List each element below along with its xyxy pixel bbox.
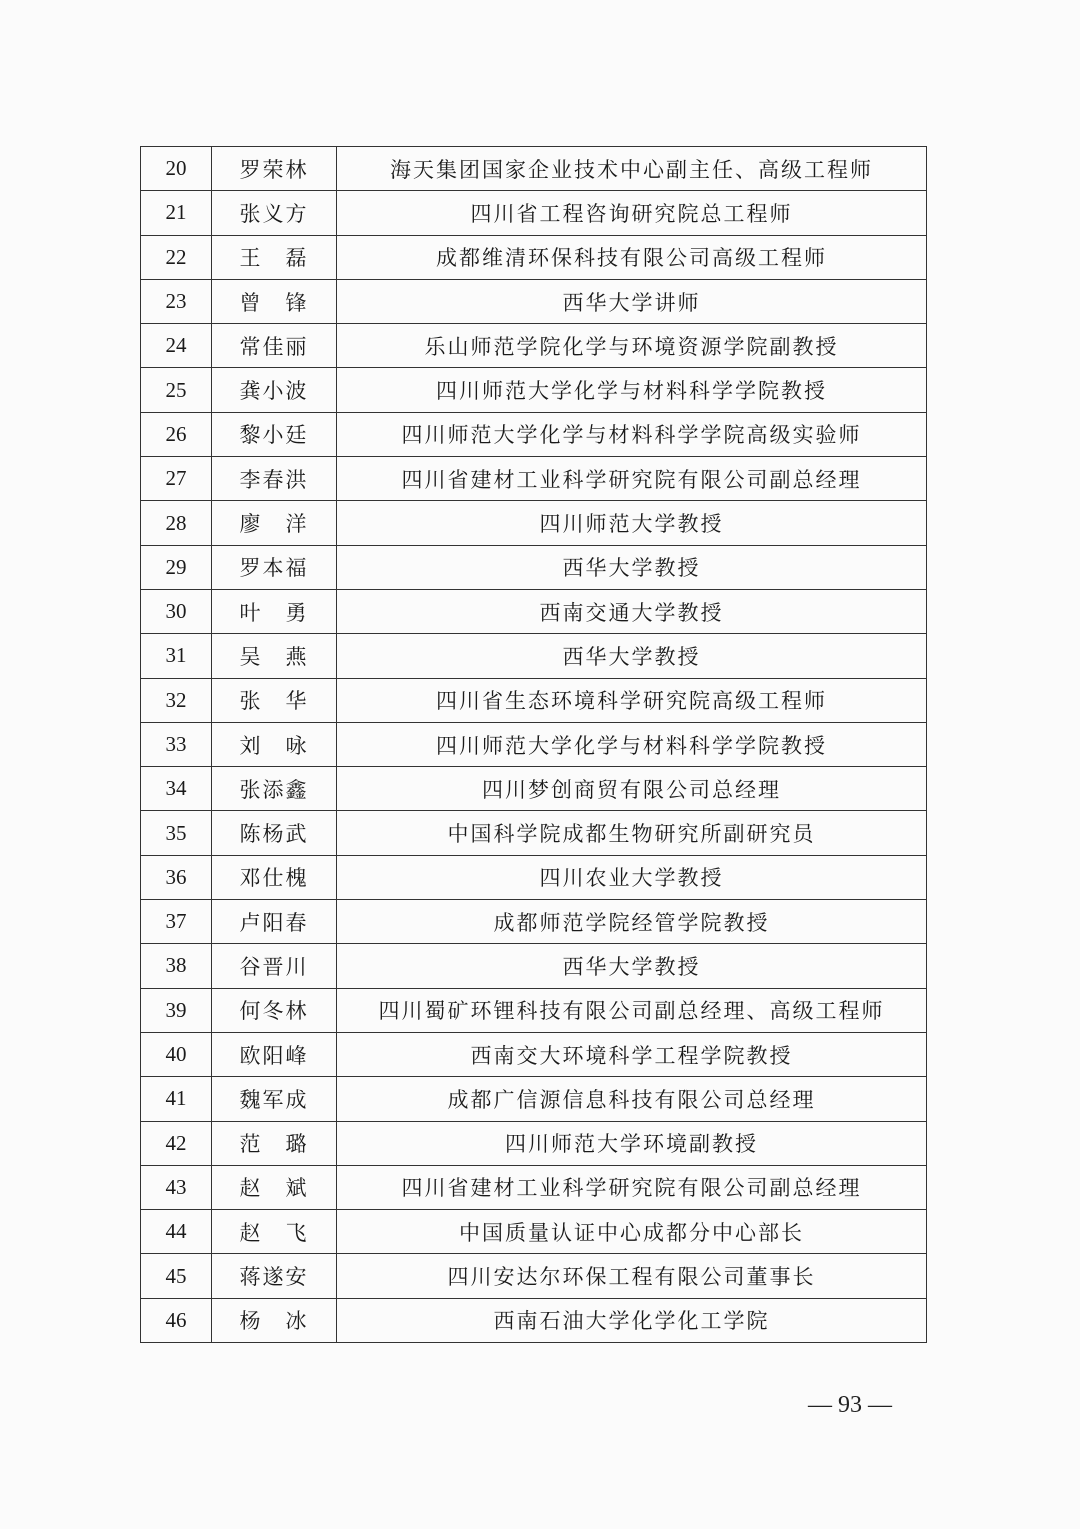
row-number: 31 xyxy=(141,634,212,678)
person-name: 赵 斌 xyxy=(212,1165,337,1209)
person-title: 四川师范大学教授 xyxy=(337,501,927,545)
table-row: 38谷晋川西华大学教授 xyxy=(141,944,927,988)
row-number: 38 xyxy=(141,944,212,988)
table-row: 20罗荣林海天集团国家企业技术中心副主任、高级工程师 xyxy=(141,147,927,191)
table-row: 42范 璐四川师范大学环境副教授 xyxy=(141,1121,927,1165)
row-number: 37 xyxy=(141,900,212,944)
person-title: 成都维清环保科技有限公司高级工程师 xyxy=(337,235,927,279)
row-number: 29 xyxy=(141,545,212,589)
person-title: 中国质量认证中心成都分中心部长 xyxy=(337,1210,927,1254)
person-name: 龚小波 xyxy=(212,368,337,412)
person-name: 何冬林 xyxy=(212,988,337,1032)
table-row: 29罗本福西华大学教授 xyxy=(141,545,927,589)
person-title: 西华大学教授 xyxy=(337,944,927,988)
person-title: 四川师范大学环境副教授 xyxy=(337,1121,927,1165)
person-name: 张 华 xyxy=(212,678,337,722)
person-title: 四川省生态环境科学研究院高级工程师 xyxy=(337,678,927,722)
row-number: 46 xyxy=(141,1298,212,1342)
table-row: 41魏军成成都广信源信息科技有限公司总经理 xyxy=(141,1077,927,1121)
person-name: 张添鑫 xyxy=(212,767,337,811)
table-row: 22王 磊成都维清环保科技有限公司高级工程师 xyxy=(141,235,927,279)
table-row: 45蒋遂安四川安达尔环保工程有限公司董事长 xyxy=(141,1254,927,1298)
person-title: 西南交通大学教授 xyxy=(337,589,927,633)
table-row: 27李春洪四川省建材工业科学研究院有限公司副总经理 xyxy=(141,457,927,501)
row-number: 20 xyxy=(141,147,212,191)
row-number: 36 xyxy=(141,855,212,899)
person-title: 四川师范大学化学与材料科学学院教授 xyxy=(337,722,927,766)
table-row: 31吴 燕西华大学教授 xyxy=(141,634,927,678)
person-name: 谷晋川 xyxy=(212,944,337,988)
row-number: 32 xyxy=(141,678,212,722)
person-name: 叶 勇 xyxy=(212,589,337,633)
person-title: 海天集团国家企业技术中心副主任、高级工程师 xyxy=(337,147,927,191)
person-title: 乐山师范学院化学与环境资源学院副教授 xyxy=(337,324,927,368)
person-title: 西南交大环境科学工程学院教授 xyxy=(337,1032,927,1076)
person-name: 蒋遂安 xyxy=(212,1254,337,1298)
row-number: 24 xyxy=(141,324,212,368)
person-title: 四川师范大学化学与材料科学学院教授 xyxy=(337,368,927,412)
row-number: 41 xyxy=(141,1077,212,1121)
person-title: 成都广信源信息科技有限公司总经理 xyxy=(337,1077,927,1121)
person-name: 魏军成 xyxy=(212,1077,337,1121)
person-name: 刘 咏 xyxy=(212,722,337,766)
table-row: 25龚小波四川师范大学化学与材料科学学院教授 xyxy=(141,368,927,412)
row-number: 23 xyxy=(141,279,212,323)
row-number: 43 xyxy=(141,1165,212,1209)
table-row: 33刘 咏四川师范大学化学与材料科学学院教授 xyxy=(141,722,927,766)
row-number: 40 xyxy=(141,1032,212,1076)
person-title: 四川农业大学教授 xyxy=(337,855,927,899)
person-name: 黎小廷 xyxy=(212,412,337,456)
person-title: 西华大学讲师 xyxy=(337,279,927,323)
table-row: 46杨 冰西南石油大学化学化工学院 xyxy=(141,1298,927,1342)
table-row: 37卢阳春成都师范学院经管学院教授 xyxy=(141,900,927,944)
person-title: 成都师范学院经管学院教授 xyxy=(337,900,927,944)
person-name: 李春洪 xyxy=(212,457,337,501)
row-number: 44 xyxy=(141,1210,212,1254)
table-row: 30叶 勇西南交通大学教授 xyxy=(141,589,927,633)
table-row: 28廖 洋四川师范大学教授 xyxy=(141,501,927,545)
table-row: 43赵 斌四川省建材工业科学研究院有限公司副总经理 xyxy=(141,1165,927,1209)
person-name: 吴 燕 xyxy=(212,634,337,678)
row-number: 28 xyxy=(141,501,212,545)
person-title: 中国科学院成都生物研究所副研究员 xyxy=(337,811,927,855)
table-row: 34张添鑫四川梦创商贸有限公司总经理 xyxy=(141,767,927,811)
person-name: 范 璐 xyxy=(212,1121,337,1165)
row-number: 21 xyxy=(141,191,212,235)
table-row: 36邓仕槐四川农业大学教授 xyxy=(141,855,927,899)
table-row: 35陈杨武中国科学院成都生物研究所副研究员 xyxy=(141,811,927,855)
row-number: 30 xyxy=(141,589,212,633)
row-number: 25 xyxy=(141,368,212,412)
person-name: 卢阳春 xyxy=(212,900,337,944)
person-name: 罗本福 xyxy=(212,545,337,589)
page-number: — 93 — xyxy=(808,1392,892,1419)
table-row: 40欧阳峰西南交大环境科学工程学院教授 xyxy=(141,1032,927,1076)
person-title: 西华大学教授 xyxy=(337,634,927,678)
person-title: 四川省建材工业科学研究院有限公司副总经理 xyxy=(337,1165,927,1209)
person-title: 四川梦创商贸有限公司总经理 xyxy=(337,767,927,811)
table-row: 23曾 锋西华大学讲师 xyxy=(141,279,927,323)
person-name: 王 磊 xyxy=(212,235,337,279)
table-row: 39何冬林四川蜀矿环锂科技有限公司副总经理、高级工程师 xyxy=(141,988,927,1032)
person-name: 邓仕槐 xyxy=(212,855,337,899)
person-name: 张义方 xyxy=(212,191,337,235)
person-title: 四川蜀矿环锂科技有限公司副总经理、高级工程师 xyxy=(337,988,927,1032)
row-number: 39 xyxy=(141,988,212,1032)
person-name: 赵 飞 xyxy=(212,1210,337,1254)
person-name: 陈杨武 xyxy=(212,811,337,855)
row-number: 42 xyxy=(141,1121,212,1165)
person-name: 欧阳峰 xyxy=(212,1032,337,1076)
table-row: 26黎小廷四川师范大学化学与材料科学学院高级实验师 xyxy=(141,412,927,456)
document-page: 20罗荣林海天集团国家企业技术中心副主任、高级工程师21张义方四川省工程咨询研究… xyxy=(0,0,1080,1529)
person-title: 四川师范大学化学与材料科学学院高级实验师 xyxy=(337,412,927,456)
row-number: 34 xyxy=(141,767,212,811)
table-row: 32张 华四川省生态环境科学研究院高级工程师 xyxy=(141,678,927,722)
roster-body: 20罗荣林海天集团国家企业技术中心副主任、高级工程师21张义方四川省工程咨询研究… xyxy=(141,147,927,1343)
person-name: 常佳丽 xyxy=(212,324,337,368)
person-name: 罗荣林 xyxy=(212,147,337,191)
expert-roster-table: 20罗荣林海天集团国家企业技术中心副主任、高级工程师21张义方四川省工程咨询研究… xyxy=(140,146,927,1343)
row-number: 22 xyxy=(141,235,212,279)
person-name: 曾 锋 xyxy=(212,279,337,323)
table-row: 24常佳丽乐山师范学院化学与环境资源学院副教授 xyxy=(141,324,927,368)
row-number: 35 xyxy=(141,811,212,855)
person-title: 四川省工程咨询研究院总工程师 xyxy=(337,191,927,235)
table-row: 21张义方四川省工程咨询研究院总工程师 xyxy=(141,191,927,235)
row-number: 45 xyxy=(141,1254,212,1298)
person-title: 四川安达尔环保工程有限公司董事长 xyxy=(337,1254,927,1298)
table-row: 44赵 飞中国质量认证中心成都分中心部长 xyxy=(141,1210,927,1254)
person-title: 四川省建材工业科学研究院有限公司副总经理 xyxy=(337,457,927,501)
person-title: 西华大学教授 xyxy=(337,545,927,589)
row-number: 26 xyxy=(141,412,212,456)
person-title: 西南石油大学化学化工学院 xyxy=(337,1298,927,1342)
person-name: 廖 洋 xyxy=(212,501,337,545)
person-name: 杨 冰 xyxy=(212,1298,337,1342)
row-number: 27 xyxy=(141,457,212,501)
row-number: 33 xyxy=(141,722,212,766)
